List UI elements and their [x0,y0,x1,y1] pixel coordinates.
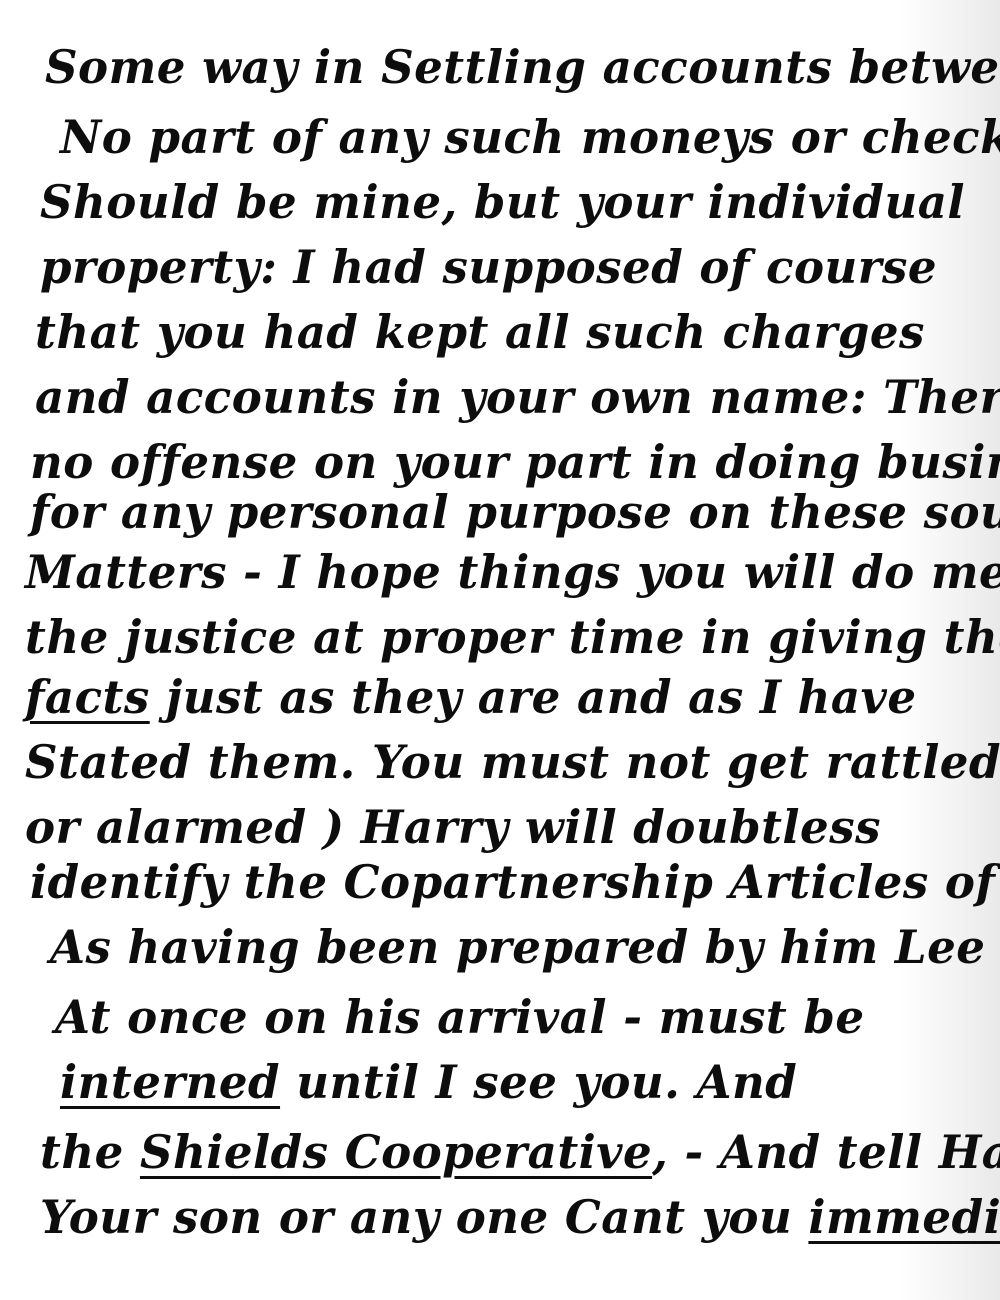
underlined-shields-cooperative: Shields Cooperative [140,1125,652,1179]
manuscript-line-19: Your son or any one Cant you immediately [40,1190,1000,1244]
manuscript-line-7: no offense on your part in doing busines… [30,435,1000,489]
manuscript-line-6: and accounts in your own name: There is [35,370,1000,424]
line-18-post: , - And tell Harry [652,1125,1000,1179]
manuscript-line-13: or alarmed ) Harry will doubtless [25,800,881,854]
manuscript-line-16: At once on his arrival - must be [55,990,865,1044]
manuscript-line-9: Matters - I hope things you will do me [25,545,1000,599]
manuscript-line-3: Should be mine, but your individual [40,175,965,229]
manuscript-line-14: identify the Copartnership Articles of 1… [30,855,1000,909]
underlined-immediately: immediately [808,1190,1000,1244]
manuscript-page: Some way in Settling accounts between us… [0,0,1000,1300]
manuscript-line-17: interned until I see you. And [60,1055,797,1109]
manuscript-line-2: No part of any such moneys or checks [60,110,1000,164]
manuscript-line-15: As having been prepared by him Lee Lewis [50,920,1000,974]
manuscript-line-12: Stated them. You must not get rattled [25,735,1000,789]
line-19-pre: Your son or any one Cant you [40,1190,808,1244]
line-11-post: just as they are and as I have [150,670,917,724]
manuscript-line-5: that you had kept all such charges [35,305,925,359]
manuscript-line-10: the justice at proper time in giving the [25,610,1000,664]
manuscript-line-4: property: I had supposed of course [40,240,937,294]
manuscript-line-18: the Shields Cooperative, - And tell Harr… [40,1125,1000,1179]
line-18-pre: the [40,1125,140,1179]
manuscript-line-8: for any personal purpose on these sound [30,485,1000,539]
manuscript-line-11: facts just as they are and as I have [25,670,916,724]
underlined-facts: facts [25,670,150,724]
line-17-post: until I see you. And [280,1055,797,1109]
manuscript-line-1: Some way in Settling accounts between us [45,40,1000,94]
underlined-interned: interned [60,1055,280,1109]
handwritten-letter: Some way in Settling accounts between us… [0,0,1000,1300]
